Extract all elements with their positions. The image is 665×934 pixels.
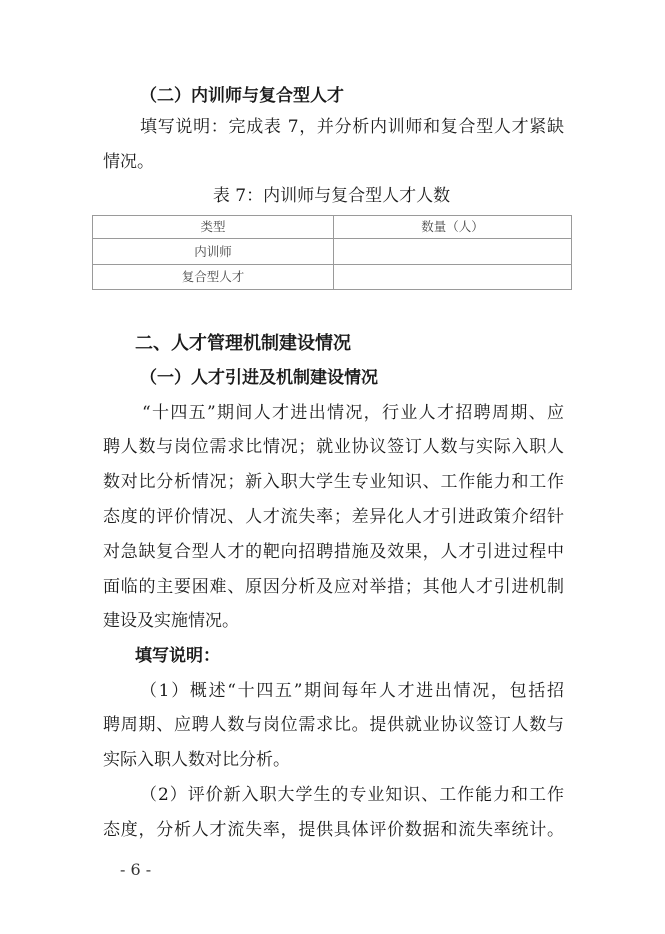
table-cell-count[interactable] [334, 265, 572, 290]
instruction-item-2-line: 态度，分析人才流失率，提供具体评价数据和流失率统计。 [103, 819, 564, 841]
instruction-item-1-line: 聘周期、应聘人数与岗位需求比。提供就业协议签订人数与 [103, 714, 564, 736]
body-line: 数对比分析情况；新入职大学生专业知识、工作能力和工作 [103, 471, 564, 493]
subsection-heading: （一）人才引进及机制建设情况 [140, 367, 564, 389]
instruction-item-1-line: （1）概述“十四五”期间每年人才进出情况，包括招 [140, 680, 564, 702]
fill-instruction-title: 填写说明： [135, 645, 596, 667]
body-line: 面临的主要困难、原因分析及应对举措；其他人才引进机制 [103, 576, 564, 598]
section-heading-talent-types: （二）内训师与复合型人才 [140, 85, 564, 107]
page-number: - 6 - [120, 860, 151, 880]
body-line: 聘人数与岗位需求比情况；就业协议签订人数与实际入职人 [103, 436, 564, 458]
table-header-row: 类型 数量（人） [93, 216, 572, 239]
fill-instruction-line-2: 情况。 [103, 151, 564, 173]
body-line: 建设及实施情况。 [103, 610, 564, 632]
table-cell-type: 复合型人才 [93, 265, 334, 290]
table-row: 复合型人才 [93, 265, 572, 290]
table-header-count: 数量（人） [334, 216, 572, 239]
body-line: “十四五”期间人才进出情况，行业人才招聘周期、应 [142, 402, 564, 424]
table-cell-type: 内训师 [93, 239, 334, 265]
table-row: 内训师 [93, 239, 572, 265]
chapter-heading: 二、人才管理机制建设情况 [135, 333, 596, 355]
table-caption: 表 7：内训师与复合型人才人数 [92, 185, 571, 207]
table-cell-count[interactable] [334, 239, 572, 265]
instruction-item-1-line: 实际入职人数对比分析。 [103, 749, 564, 771]
table-header-type: 类型 [93, 216, 334, 239]
body-line: 对急缺复合型人才的靶向招聘措施及效果，人才引进过程中 [103, 541, 564, 563]
table-7: 类型 数量（人） 内训师 复合型人才 [92, 215, 572, 290]
body-line: 态度的评价情况、人才流失率；差异化人才引进政策介绍针 [103, 506, 564, 528]
fill-instruction-line-1: 填写说明：完成表 7，并分析内训师和复合型人才紧缺 [140, 116, 564, 138]
instruction-item-2-line: （2）评价新入职大学生的专业知识、工作能力和工作 [140, 784, 564, 806]
